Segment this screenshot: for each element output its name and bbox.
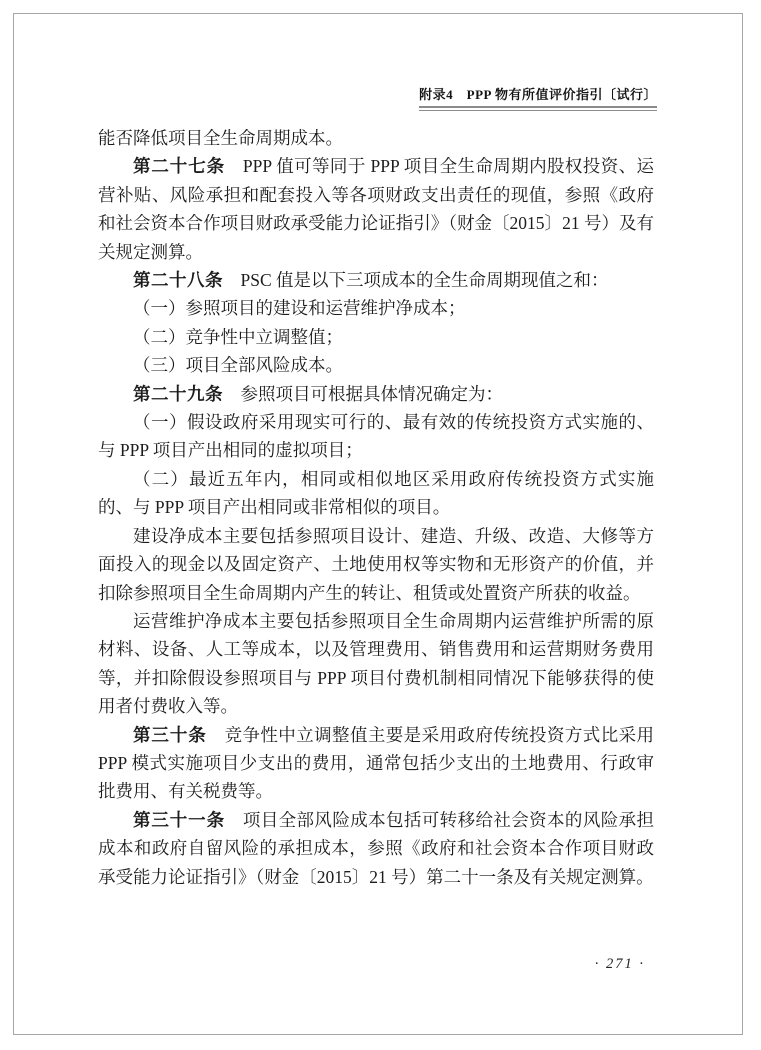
header-double-rule (419, 106, 657, 111)
article-number: 第二十七条 (133, 156, 225, 176)
paragraph: （一）假设政府采用现实可行的、最有效的传统投资方式实施的、与 PPP 项目产出相… (98, 408, 654, 465)
paragraph: 运营维护净成本主要包括参照项目全生命周期内运营维护所需的原材料、设备、人工等成本… (98, 607, 654, 721)
page-number: · 271 · (595, 956, 645, 973)
article-number: 第二十八条 (133, 270, 223, 290)
article-paragraph: 第三十条 竞争性中立调整值主要是采用政府传统投资方式比采用 PPP 模式实施项目… (98, 721, 654, 806)
running-header: 附录4 PPP 物有所值评价指引〔试行〕 (419, 84, 657, 111)
article-number: 第二十九条 (133, 384, 223, 404)
paragraph: （二）竞争性中立调整值； (98, 323, 654, 351)
article-paragraph: 第二十八条 PSC 值是以下三项成本的全生命周期现值之和： (98, 266, 654, 294)
paragraph: （一）参照项目的建设和运营维护净成本； (98, 294, 654, 322)
header-rule-thin (419, 110, 657, 111)
article-paragraph: 第二十九条 参照项目可根据具体情况确定为： (98, 380, 654, 408)
article-paragraph: 第三十一条 项目全部风险成本包括可转移给社会资本的风险承担成本和政府自留风险的承… (98, 806, 654, 891)
paragraph: （二）最近五年内，相同或相似地区采用政府传统投资方式实施的、与 PPP 项目产出… (98, 465, 654, 522)
article-number: 第三十条 (133, 725, 207, 745)
document-body: 能否降低项目全生命周期成本。第二十七条 PPP 值可等同于 PPP 项目全生命周… (98, 124, 654, 891)
running-header-title: 附录4 PPP 物有所值评价指引〔试行〕 (419, 84, 657, 103)
paragraph: （三）项目全部风险成本。 (98, 351, 654, 379)
article-paragraph: 第二十七条 PPP 值可等同于 PPP 项目全生命周期内股权投资、运营补贴、风险… (98, 152, 654, 266)
paragraph: 建设净成本主要包括参照项目设计、建造、升级、改造、大修等方面投入的现金以及固定资… (98, 522, 654, 607)
paragraph: 能否降低项目全生命周期成本。 (98, 124, 654, 152)
article-number: 第三十一条 (133, 810, 225, 830)
